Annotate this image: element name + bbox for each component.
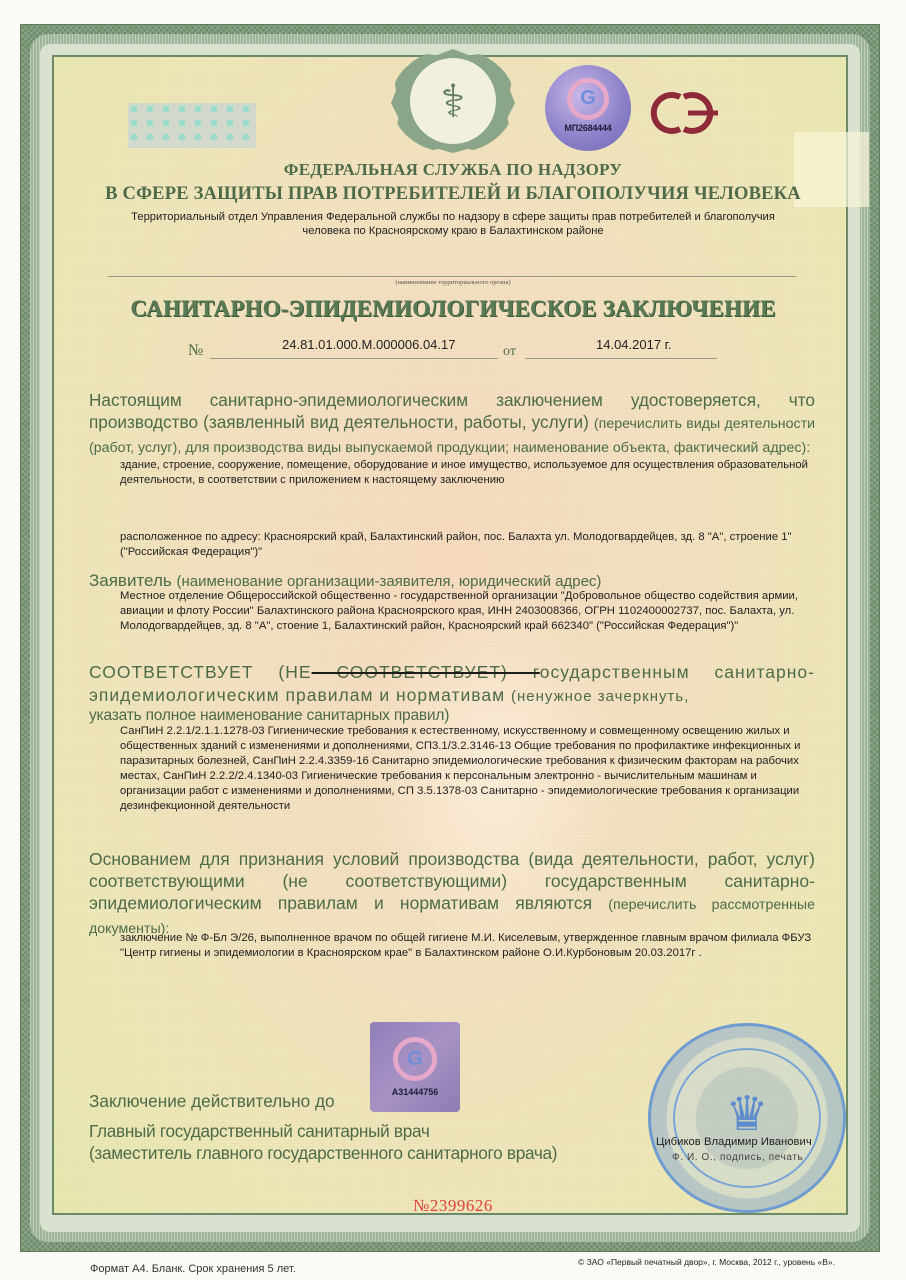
official-stamp: ♛ bbox=[648, 1023, 846, 1213]
territorial-body-underline bbox=[108, 276, 796, 277]
footer-printer-note: © ЗАО «Первый печатный двор», г. Москва,… bbox=[578, 1257, 835, 1267]
compliance-note-line2: указать полное наименование санитарных п… bbox=[89, 707, 449, 725]
hologram-code: МП2684444 bbox=[564, 123, 611, 133]
rosette-shape: ⚕ bbox=[391, 49, 515, 153]
signatory-title-line2: (заместитель главного государственного с… bbox=[89, 1142, 557, 1164]
document-date: 14.04.2017 г. bbox=[596, 337, 671, 352]
compliance-struck-text: СООТВЕТСТВУЕТ) г bbox=[312, 662, 540, 682]
blank-serial-number: №2399626 bbox=[0, 1196, 906, 1216]
signatory-caption: Ф. И. О., подпись, печать bbox=[672, 1152, 803, 1163]
territorial-body-line1: Территориальный отдел Управления Федерал… bbox=[0, 210, 906, 224]
signatory-title-line1: Главный государственный санитарный врач bbox=[89, 1120, 557, 1142]
hologram-code: А31444756 bbox=[392, 1087, 439, 1097]
applicant-heading: Заявитель (наименование организации-заяв… bbox=[89, 571, 601, 591]
hologram-strip bbox=[128, 103, 256, 148]
applicant-value: Местное отделение Общероссийской обществ… bbox=[120, 589, 820, 634]
certificate-sheet: ⚕ G МП2684444 ФЕДЕРАЛЬНАЯ СЛУЖБА ПО НАДЗ… bbox=[0, 0, 906, 1280]
hologram-badge-top: G МП2684444 bbox=[545, 65, 631, 151]
agency-name-line2: В СФЕРЕ ЗАЩИТЫ ПРАВ ПОТРЕБИТЕЛЕЙ И БЛАГО… bbox=[0, 184, 906, 205]
applicant-note: (наименование организации-заявителя, юри… bbox=[176, 573, 601, 590]
sanitary-service-logo-icon: G bbox=[393, 1037, 437, 1081]
double-headed-eagle-icon: ⚕ bbox=[410, 58, 496, 144]
signatory-name: Цибиков Владимир Иванович bbox=[656, 1136, 812, 1148]
footer-format-note: Формат А4. Бланк. Срок хранения 5 лет. bbox=[90, 1263, 296, 1275]
document-title: САНИТАРНО-ЭПИДЕМИОЛОГИЧЕСКОЕ ЗАКЛЮЧЕНИЕ bbox=[0, 296, 906, 322]
sanitary-service-logo-icon: G bbox=[567, 78, 609, 120]
number-label: № bbox=[188, 342, 203, 360]
certify-value: здание, строение, сооружение, помещение,… bbox=[120, 458, 820, 488]
certify-section: Настоящим санитарно-эпидемиологическим з… bbox=[89, 389, 815, 459]
coat-of-arms-emblem: ⚕ bbox=[383, 46, 523, 156]
number-underline bbox=[210, 358, 498, 359]
compliance-value: СанПиН 2.2.1/2.1.1.1278-03 Гигиенические… bbox=[120, 724, 820, 814]
territorial-body-caption: (наименование территориального органа) bbox=[0, 279, 906, 286]
agency-name-line1: ФЕДЕРАЛЬНАЯ СЛУЖБА ПО НАДЗОРУ bbox=[0, 160, 906, 180]
applicant-label: Заявитель bbox=[89, 571, 172, 590]
compliance-complies: СООТВЕТСТВУЕТ (НЕ bbox=[89, 662, 312, 682]
se-logo-icon bbox=[644, 87, 724, 139]
compliance-statement: СООТВЕТСТВУЕТ (НЕ СООТВЕТСТВУЕТ) государ… bbox=[89, 661, 815, 708]
stamp-eagle-icon: ♛ bbox=[651, 1086, 843, 1142]
hologram-badge-bottom: G А31444756 bbox=[370, 1022, 460, 1112]
validity-label: Заключение действительно до bbox=[89, 1091, 335, 1112]
document-number: 24.81.01.000.М.000006.04.17 bbox=[282, 337, 455, 352]
territorial-body-line2: человека по Красноярскому краю в Балахти… bbox=[0, 224, 906, 238]
compliance-note: (ненужное зачеркнуть, bbox=[511, 688, 689, 705]
basis-value: заключение № Ф-Бл Э/26, выполненное врач… bbox=[120, 931, 820, 961]
object-address: расположенное по адресу: Красноярский кр… bbox=[120, 530, 820, 560]
signatory-title: Главный государственный санитарный врач … bbox=[89, 1120, 557, 1164]
date-label: от bbox=[503, 344, 516, 360]
basis-section: Основанием для признания условий произво… bbox=[89, 848, 815, 940]
date-underline bbox=[525, 358, 717, 359]
